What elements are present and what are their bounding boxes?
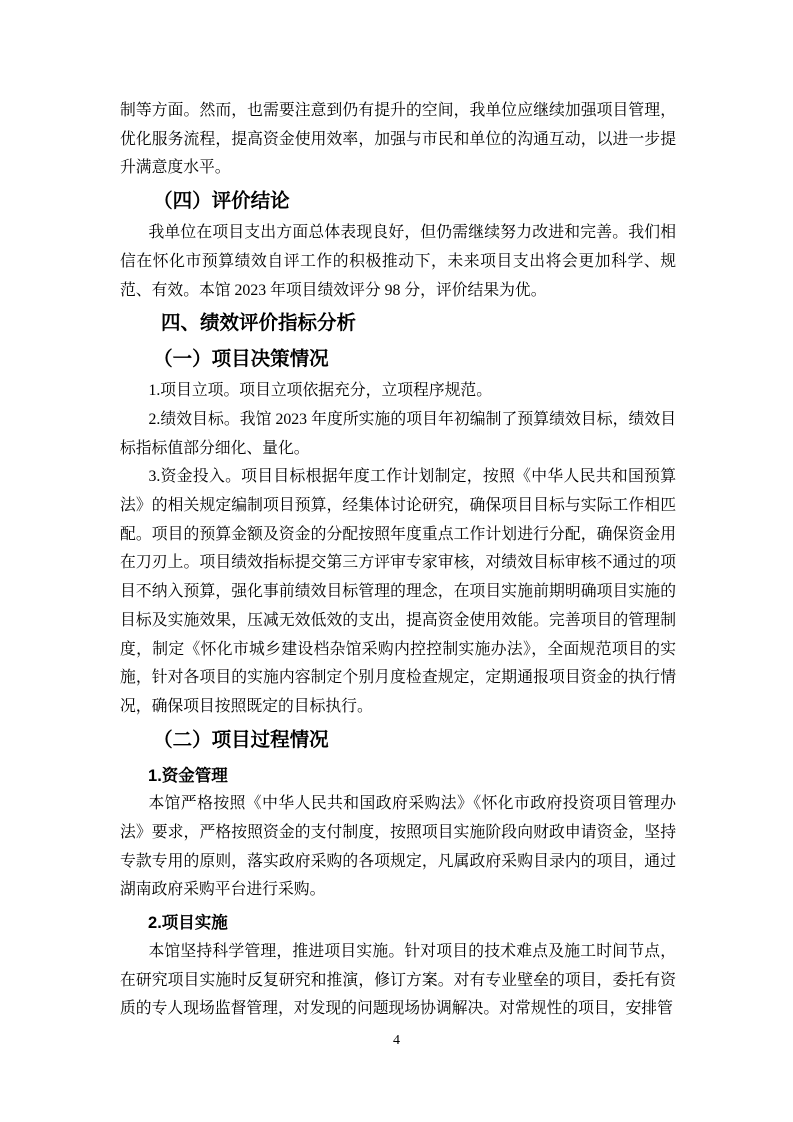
paragraph-project-setup: 1.项目立项。项目立项依据充分，立项程序规范。 (120, 377, 676, 406)
document-page: 制等方面。然而，也需要注意到仍有提升的空间，我单位应继续加强项目管理，优化服务流… (0, 0, 793, 1122)
page-number: 4 (0, 1032, 793, 1050)
page-content: 制等方面。然而，也需要注意到仍有提升的空间，我单位应继续加强项目管理，优化服务流… (120, 97, 676, 1024)
heading-project-process: （二）项目过程情况 (120, 722, 676, 758)
paragraph-conclusion: 我单位在项目支出方面总体表现良好，但仍需继续努力改进和完善。我们相信在怀化市预算… (120, 219, 676, 305)
paragraph-project-implementation: 本馆坚持科学管理，推进项目实施。针对项目的技术难点及施工时间节点，在研究项目实施… (120, 938, 676, 1024)
subheading-project-implementation: 2.项目实施 (120, 909, 676, 938)
paragraph-performance-target: 2.绩效目标。我馆 2023 年度所实施的项目年初编制了预算绩效目标，绩效目标指… (120, 406, 676, 463)
heading-project-decision: （一）项目决策情况 (120, 341, 676, 377)
paragraph-continuation: 制等方面。然而，也需要注意到仍有提升的空间，我单位应继续加强项目管理，优化服务流… (120, 97, 676, 183)
paragraph-fund-input: 3.资金投入。项目目标根据年度工作计划制定，按照《中华人民共和国预算法》的相关规… (120, 463, 676, 721)
heading-evaluation-conclusion: （四）评价结论 (120, 183, 676, 219)
heading-section-four-indicator-analysis: 四、绩效评价指标分析 (120, 305, 676, 341)
paragraph-fund-management: 本馆严格按照《中华人民共和国政府采购法》《怀化市政府投资项目管理办法》要求，严格… (120, 790, 676, 905)
subheading-fund-management: 1.资金管理 (120, 762, 676, 791)
